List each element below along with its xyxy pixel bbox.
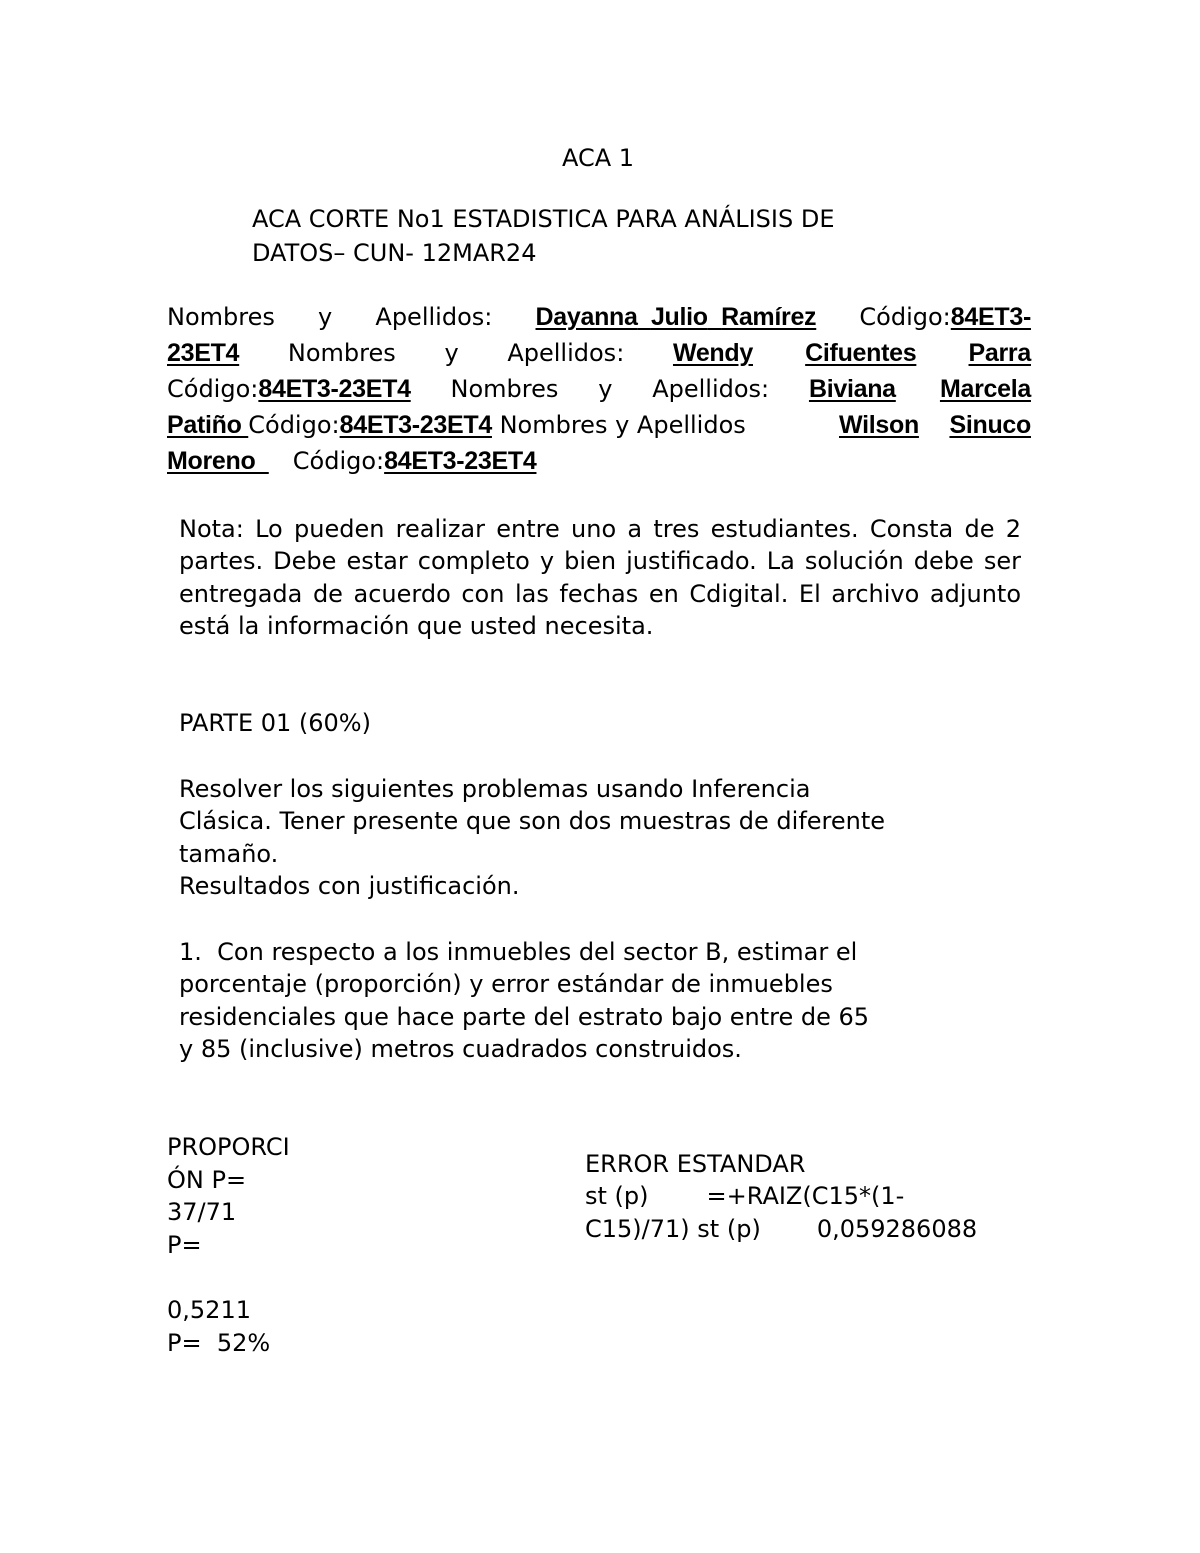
instruction-line: Resultados con justificación. bbox=[179, 870, 1039, 902]
proportion-line: 37/71 bbox=[167, 1196, 290, 1229]
student-name: WendyCifuentesParra bbox=[673, 339, 1031, 368]
document-subtitle: ACA CORTE No1 ESTADISTICA PARA ANÁLISIS … bbox=[252, 202, 952, 270]
student-code: 23ET4 bbox=[167, 339, 239, 368]
student-name: Moreno bbox=[167, 447, 269, 476]
standard-error-value: C15)/71) st (p)0,059286088 bbox=[585, 1213, 977, 1245]
student-name: BivianaMarcela bbox=[809, 375, 1031, 404]
standard-error-result: ERROR ESTANDAR st (p)=+RAIZ(C15*(1- C15)… bbox=[585, 1148, 977, 1245]
subtitle-line-2: DATOS– CUN- 12MAR24 bbox=[252, 236, 952, 270]
student-name: Patiño bbox=[167, 411, 248, 439]
instruction-line: tamaño. bbox=[179, 838, 1039, 870]
student-name: Dayanna Julio Ramírez bbox=[536, 303, 817, 332]
students-line-3: Código:84ET3-23ET4 Nombres y Apellidos: … bbox=[167, 375, 1031, 409]
proportion-line bbox=[167, 1261, 290, 1294]
problem-line: residenciales que hace parte del estrato… bbox=[179, 1001, 1039, 1033]
students-line-1: Nombres y Apellidos: Dayanna Julio Ramír… bbox=[167, 303, 1031, 337]
instruction-line: Resolver los siguientes problemas usando… bbox=[179, 773, 1039, 805]
part-heading: PARTE 01 (60%) bbox=[179, 707, 371, 739]
students-line-5: Moreno Código:84ET3-23ET4 bbox=[167, 447, 1031, 481]
proportion-line: ÓN P= bbox=[167, 1164, 290, 1197]
instruction-line: Clásica. Tener presente que son dos mues… bbox=[179, 805, 1039, 837]
problem-line: porcentaje (proporción) y error estándar… bbox=[179, 968, 1039, 1000]
student-code: 84ET3- bbox=[951, 303, 1031, 331]
students-line-4: Patiño Código:84ET3-23ET4 Nombres y Apel… bbox=[167, 411, 1031, 445]
note-paragraph: Nota: Lo pueden realizar entre uno a tre… bbox=[179, 513, 1021, 643]
student-code: 84ET3-23ET4 bbox=[384, 447, 536, 475]
student-code: 84ET3-23ET4 bbox=[258, 375, 410, 403]
proportion-line: PROPORCI bbox=[167, 1131, 290, 1164]
instructions: Resolver los siguientes problemas usando… bbox=[179, 773, 1039, 903]
proportion-percent: P= 52% bbox=[167, 1327, 290, 1360]
document-title: ACA 1 bbox=[0, 142, 1196, 174]
proportion-value: 0,5211 bbox=[167, 1294, 290, 1327]
student-name: WilsonSinuco bbox=[839, 411, 1031, 440]
problem-1: 1. Con respecto a los inmuebles del sect… bbox=[179, 936, 1039, 1066]
students-line-2: 23ET4 Nombres y Apellidos: WendyCifuente… bbox=[167, 339, 1031, 373]
proportion-result: PROPORCI ÓN P= 37/71 P= 0,5211 P= 52% bbox=[167, 1131, 290, 1359]
standard-error-formula: st (p)=+RAIZ(C15*(1- bbox=[585, 1180, 977, 1212]
proportion-line: P= bbox=[167, 1229, 290, 1262]
subtitle-line-1: ACA CORTE No1 ESTADISTICA PARA ANÁLISIS … bbox=[252, 202, 952, 236]
problem-line: y 85 (inclusive) metros cuadrados constr… bbox=[179, 1033, 1039, 1065]
problem-line: 1. Con respecto a los inmuebles del sect… bbox=[179, 936, 1039, 968]
standard-error-heading: ERROR ESTANDAR bbox=[585, 1148, 977, 1180]
document-page: ACA 1 ACA CORTE No1 ESTADISTICA PARA ANÁ… bbox=[0, 0, 1200, 1553]
student-code: 84ET3-23ET4 bbox=[340, 411, 492, 439]
